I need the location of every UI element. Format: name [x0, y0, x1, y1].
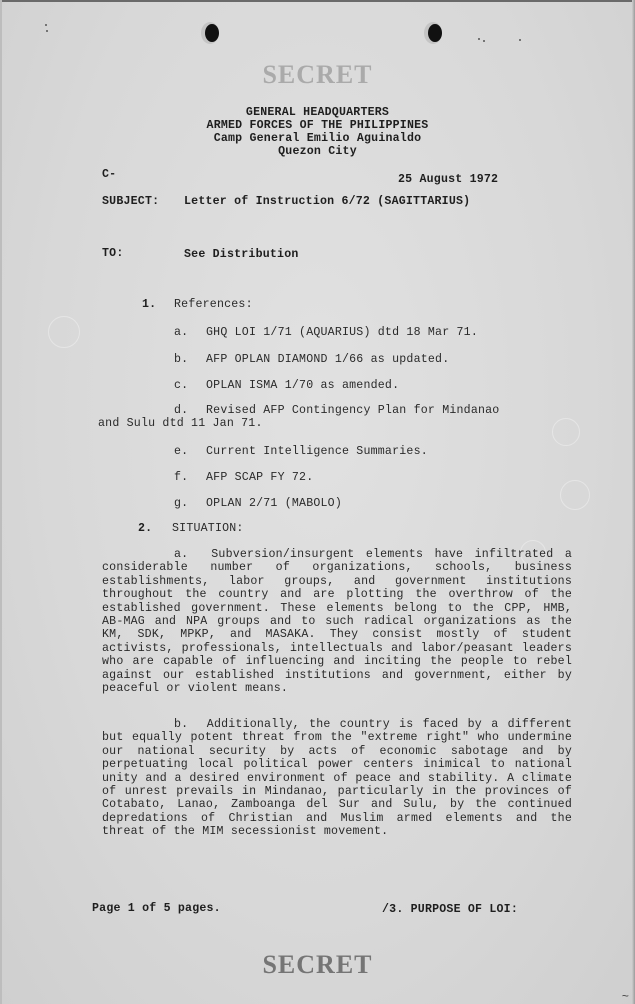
- corner-handwritten-mark: ~: [622, 990, 629, 1004]
- continuation-marker: /3. PURPOSE OF LOI:: [382, 903, 518, 917]
- speck-mark: [478, 38, 480, 40]
- paragraph-text: Additionally, the country is faced by a …: [102, 718, 572, 838]
- section-1-number: 1.: [142, 298, 156, 312]
- reference-letter: d.: [174, 404, 188, 418]
- paragraph-letter: b.: [174, 718, 188, 731]
- punch-hole-icon: [205, 24, 219, 42]
- letterhead-line-1: GENERAL HEADQUARTERS: [0, 106, 635, 120]
- reference-letter: f.: [174, 471, 188, 485]
- letterhead-line-3: Camp General Emilio Aguinaldo: [0, 132, 635, 146]
- reference-item: AFP OPLAN DIAMOND 1/66 as updated.: [206, 353, 449, 367]
- letterhead-line-4: Quezon City: [0, 145, 635, 159]
- stain-mark: [48, 316, 80, 348]
- reference-letter: g.: [174, 497, 188, 511]
- section-1-title: References:: [174, 298, 253, 312]
- speck-mark: [519, 39, 521, 41]
- situation-paragraph-b: b. Additionally, the country is faced by…: [102, 718, 572, 839]
- to-label: TO:: [102, 247, 123, 261]
- punch-hole-icon: [428, 24, 442, 42]
- reference-item: Revised AFP Contingency Plan for Mindana…: [206, 404, 499, 418]
- reference-letter: e.: [174, 445, 188, 459]
- subject-label: SUBJECT:: [102, 195, 159, 209]
- reference-item: OPLAN 2/71 (MABOLO): [206, 497, 342, 511]
- stain-mark: [552, 418, 580, 446]
- reference-item-continuation: and Sulu dtd 11 Jan 71.: [98, 417, 263, 431]
- document-date: 25 August 1972: [398, 173, 498, 187]
- paragraph-letter: a.: [174, 548, 188, 561]
- subject-text: Letter of Instruction 6/72 (SAGITTARIUS): [184, 195, 470, 209]
- classification-stamp-bottom: SECRET: [0, 950, 635, 980]
- situation-paragraph-a: a. Subversion/insurgent elements have in…: [102, 548, 572, 695]
- reference-letter: b.: [174, 353, 188, 367]
- classification-stamp-top: SECRET: [0, 60, 635, 90]
- page-count: Page 1 of 5 pages.: [92, 902, 221, 916]
- speck-mark: [46, 30, 48, 32]
- reference-item: Current Intelligence Summaries.: [206, 445, 428, 459]
- reference-item: GHQ LOI 1/71 (AQUARIUS) dtd 18 Mar 71.: [206, 326, 478, 340]
- to-text: See Distribution: [184, 248, 299, 262]
- document-page: SECRET GENERAL HEADQUARTERS ARMED FORCES…: [0, 0, 635, 1004]
- letterhead-line-2: ARMED FORCES OF THE PHILIPPINES: [0, 119, 635, 133]
- reference-letter: a.: [174, 326, 188, 340]
- paragraph-text: Subversion/insurgent elements have infil…: [102, 548, 572, 695]
- speck-mark: [483, 40, 485, 42]
- reference-item: AFP SCAP FY 72.: [206, 471, 313, 485]
- reference-item: OPLAN ISMA 1/70 as amended.: [206, 379, 399, 393]
- section-2-title: SITUATION:: [172, 522, 244, 536]
- stain-mark: [560, 480, 590, 510]
- reference-letter: c.: [174, 379, 188, 393]
- page-edge-top: [0, 0, 635, 2]
- speck-mark: [45, 24, 47, 26]
- copy-number-label: C-: [102, 168, 116, 182]
- section-2-number: 2.: [138, 522, 152, 536]
